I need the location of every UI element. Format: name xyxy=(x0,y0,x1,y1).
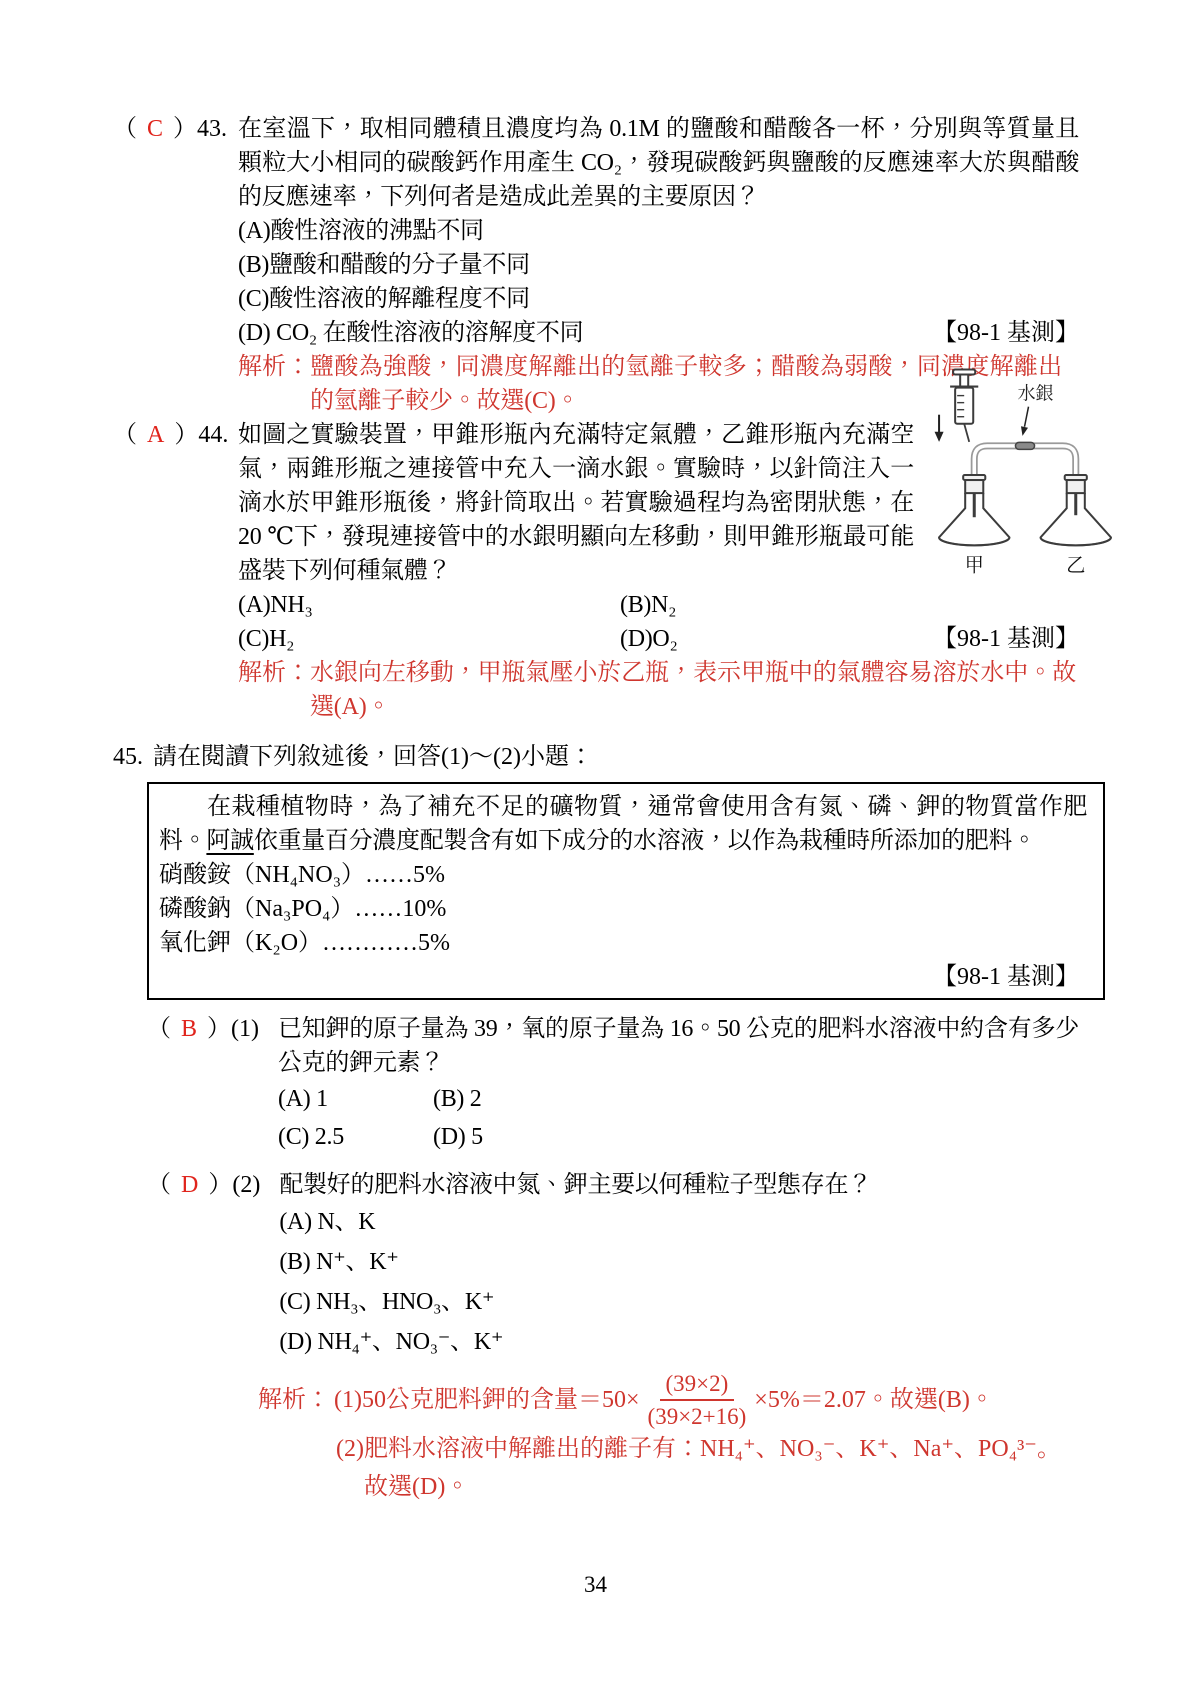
sub2-option-c: (C) NH₃、HNO₃、K⁺ xyxy=(279,1282,1079,1322)
fraction-denominator: (39×2+16) xyxy=(648,1401,747,1430)
analysis-part1-pre: (1)50公克肥料鉀的含量＝50× xyxy=(334,1385,640,1415)
question-44-source-tag: 【98-1 基測】 xyxy=(678,622,1079,656)
paren-open: （ xyxy=(147,1172,171,1198)
analysis-label: 解析： xyxy=(238,350,310,418)
question-43-option-c: (C)酸性溶液的解離程度不同 xyxy=(238,282,1079,316)
question-44-option-b: (B)N₂ xyxy=(620,588,676,622)
paren-open: （ xyxy=(113,422,137,448)
person-name-underlined: 阿誠 xyxy=(206,828,253,854)
question-43-stem: 在室溫下，取相同體積且濃度均為 0.1M 的鹽酸和醋酸各一杯，分別與等質量且顆粒… xyxy=(238,112,1079,214)
flask-stoppers xyxy=(963,475,1087,493)
question-44-option-c: (C)H₂ xyxy=(238,622,620,656)
answer-letter-45-1: B xyxy=(171,1016,207,1042)
question-44-body: 水銀 xyxy=(238,418,1079,724)
ingredient-sodium-phosphate: 磷酸鈉（Na₃PO₄）……10% xyxy=(159,892,1087,926)
sub-question-1-label: (1) xyxy=(231,1012,278,1046)
sub-question-1-stem: 已知鉀的原子量為 39，氧的原子量為 16。50 公克的肥料水溶液中約含有多少公… xyxy=(278,1012,1079,1080)
syringe-icon xyxy=(950,369,978,441)
experiment-apparatus-figure: 水銀 xyxy=(927,366,1123,578)
sub1-option-d: (D) 5 xyxy=(433,1118,483,1156)
answer-letter-44: A xyxy=(137,422,174,448)
question-44-option-d: (D)O₂ xyxy=(620,622,678,656)
sub1-option-a: (A) 1 xyxy=(278,1080,433,1118)
sub1-option-c: (C) 2.5 xyxy=(278,1118,433,1156)
question-44-stem: 如圖之實驗裝置，甲錐形瓶內充滿特定氣體，乙錐形瓶內充滿空氣，兩錐形瓶之連接管中充… xyxy=(238,418,914,588)
analysis-label: 解析： xyxy=(238,656,310,724)
answer-letter-45-2: D xyxy=(171,1172,208,1198)
sub2-option-d: (D) NH₄⁺、NO₃⁻、K⁺ xyxy=(279,1322,1079,1362)
question-number-44: 44. xyxy=(198,422,228,448)
question-44: （A）44. xyxy=(113,418,1079,724)
question-43-source-tag: 【98-1 基測】 xyxy=(583,316,1079,350)
passage-source-tag: 【98-1 基測】 xyxy=(159,960,1087,994)
passage-paragraph: 在栽種植物時，為了補充不足的礦物質，通常會使用含有氮、磷、鉀的物質當作肥料。阿誠… xyxy=(159,790,1087,858)
fraction-numerator: (39×2) xyxy=(660,1370,735,1401)
analysis-part3: 故選(D)。 xyxy=(364,1468,1079,1506)
ingredient-potassium-oxide: 氧化鉀（K₂O）…………5% xyxy=(159,926,1087,960)
paren-close: ） xyxy=(173,116,197,142)
sub1-option-b: (B) 2 xyxy=(433,1080,482,1118)
question-45-intro: 請在閱讀下列敘述後，回答(1)～(2)小題： xyxy=(153,740,593,774)
answer-marker-44: （A）44. xyxy=(113,418,238,452)
mercury-drop xyxy=(1015,442,1034,449)
paren-close: ） xyxy=(174,422,198,448)
connecting-tube xyxy=(974,446,1076,489)
question-number-43: 43. xyxy=(197,116,227,142)
question-43-option-a: (A)酸性溶液的沸點不同 xyxy=(238,214,1079,248)
sub2-option-a: (A) N、K xyxy=(279,1202,1079,1242)
sub2-option-b: (B) N⁺、K⁺ xyxy=(279,1242,1079,1282)
paren-open: （ xyxy=(113,116,137,142)
paren-close: ） xyxy=(208,1172,232,1198)
answer-marker-45-1: （B） xyxy=(147,1012,231,1046)
paren-open: （ xyxy=(147,1016,171,1042)
inject-down-arrow-icon xyxy=(935,415,944,442)
sub-question-1-body: 已知鉀的原子量為 39，氧的原子量為 16。50 公克的肥料水溶液中約含有多少公… xyxy=(278,1012,1079,1156)
erlenmeyer-flasks xyxy=(939,493,1111,545)
question-45-sub2: （D） (2) 配製好的肥料水溶液中氮、鉀主要以何種粒子型態存在？ (A) N、… xyxy=(147,1168,1079,1362)
answer-letter-43: C xyxy=(137,116,173,142)
question-43-option-d: (D) CO₂ 在酸性溶液的溶解度不同 xyxy=(238,316,583,350)
analysis-text: 水銀向左移動，甲瓶氣壓小於乙瓶，表示甲瓶中的氣體容易溶於水中。故選(A)。 xyxy=(310,656,1076,724)
sub-question-2-label: (2) xyxy=(232,1168,279,1202)
flask-left-label: 甲 xyxy=(965,556,984,577)
analysis-label: 解析： xyxy=(258,1385,330,1415)
page-number: 34 xyxy=(0,1572,1191,1598)
question-44-option-a: (A)NH₃ xyxy=(238,588,620,622)
ingredient-ammonium-nitrate: 硝酸銨（NH₄NO₃）……5% xyxy=(159,858,1087,892)
passage-text-2: 依重量百分濃度配製含有如下成分的水溶液，以作為栽種時所添加的肥料。 xyxy=(254,828,1036,854)
mercury-pointer-arrow-icon xyxy=(1021,407,1029,436)
paren-close: ） xyxy=(207,1016,231,1042)
sub-question-2-body: 配製好的肥料水溶液中氮、鉀主要以何種粒子型態存在？ (A) N、K (B) N⁺… xyxy=(279,1168,1079,1362)
question-45-sub1: （B） (1) 已知鉀的原子量為 39，氧的原子量為 16。50 公克的肥料水溶… xyxy=(147,1012,1079,1156)
question-45-analysis: 解析： (1)50公克肥料鉀的含量＝50× (39×2) (39×2+16) ×… xyxy=(113,1370,1079,1506)
question-44-analysis: 解析： 水銀向左移動，甲瓶氣壓小於乙瓶，表示甲瓶中的氣體容易溶於水中。故選(A)… xyxy=(238,656,1079,724)
question-43-option-b: (B)鹽酸和醋酸的分子量不同 xyxy=(238,248,1079,282)
analysis-part2: (2)肥料水溶液中解離出的離子有：NH₄⁺、NO₃⁻、K⁺、Na⁺、PO₄³⁻。 xyxy=(336,1430,1079,1468)
question-45-header: 45. 請在閱讀下列敘述後，回答(1)～(2)小題： xyxy=(113,740,1079,774)
sub-question-2-stem: 配製好的肥料水溶液中氮、鉀主要以何種粒子型態存在？ xyxy=(279,1168,1079,1202)
answer-marker-45-2: （D） xyxy=(147,1168,232,1202)
analysis-part1-post: ×5%＝2.07。故選(B)。 xyxy=(754,1385,994,1415)
question-number-45: 45. xyxy=(113,740,153,774)
reading-passage-box: 在栽種植物時，為了補充不足的礦物質，通常會使用含有氮、磷、鉀的物質當作肥料。阿誠… xyxy=(147,782,1105,1000)
exam-page: （C）43. 在室溫下，取相同體積且濃度均為 0.1M 的鹽酸和醋酸各一杯，分別… xyxy=(0,0,1191,1684)
answer-marker-43: （C）43. xyxy=(113,112,238,146)
mercury-label: 水銀 xyxy=(1017,384,1053,404)
flask-right-label: 乙 xyxy=(1066,556,1085,577)
fraction: (39×2) (39×2+16) xyxy=(648,1370,747,1430)
analysis-part1: 解析： (1)50公克肥料鉀的含量＝50× (39×2) (39×2+16) ×… xyxy=(258,1370,1079,1430)
